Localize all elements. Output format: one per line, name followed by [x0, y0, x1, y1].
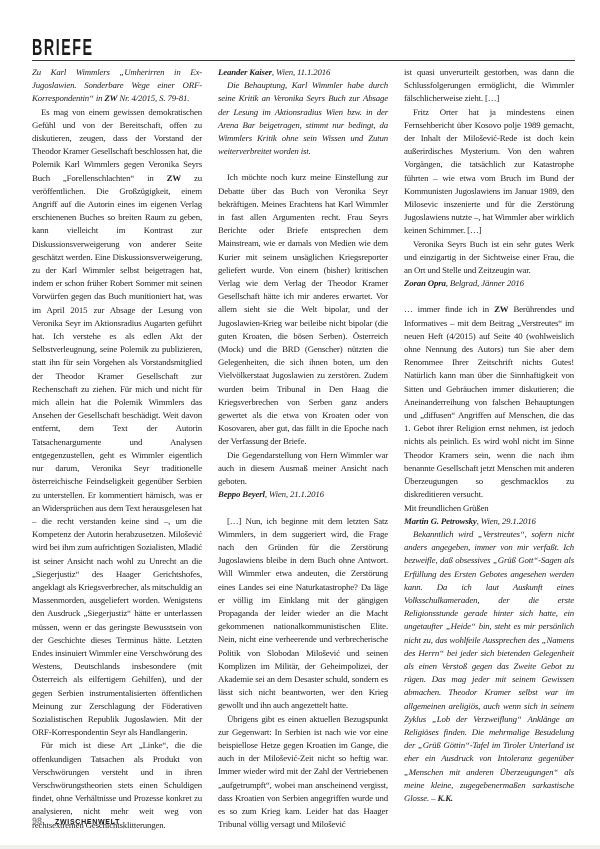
- letter-beyerl-paragraph: Ich möchte noch kurz meine Einstellung z…: [218, 171, 388, 448]
- letter-text: Berührendes und Informatives – mit dem B…: [404, 304, 574, 499]
- letter-petrowsky-paragraph: … immer finde ich in ZW Berührendes und …: [404, 303, 574, 501]
- signature-beyerl: Beppo Beyerl, Wien, 21.1.2016: [218, 488, 388, 501]
- magazine-page: BRIEFE Zu Karl Wimmlers „Umherirren in E…: [0, 0, 600, 849]
- editor-initials: K.K.: [437, 793, 453, 803]
- letter-text: … immer finde ich in: [404, 304, 494, 314]
- letter-opra-paragraph: Fritz Orter hat ja mindestens einen Fern…: [404, 106, 574, 238]
- letter-subject-ref: Nr. 4/2015, S. 79-81.: [117, 93, 189, 103]
- editorial-note: Die Behauptung, Karl Wimmler habe durch …: [218, 79, 388, 158]
- author-place-date: , Wien, 21.1.2016: [265, 489, 324, 499]
- letter-opra-paragraph: Veronika Seyrs Buch ist ein sehr gutes W…: [404, 238, 574, 278]
- letter-closing-formula: Mit freundlichen Grüßen: [404, 502, 574, 515]
- signature-petrowsky: Martin G. Petrowsky, Wien, 29.1.2016: [404, 515, 574, 528]
- header-rule: [32, 60, 575, 61]
- letter-subject: Zu Karl Wimmlers „Umherirren in Ex-Jugos…: [32, 66, 202, 106]
- journal-name: ZWISCHENWELT: [55, 819, 120, 826]
- author-place-date: , Belgrad, Jänner 2016: [446, 278, 524, 288]
- author-name: Leander Kaiser: [218, 67, 272, 77]
- page-footer: 98 ZWISCHENWELT: [32, 816, 120, 826]
- author-name: Martin G. Petrowsky: [404, 516, 477, 526]
- letter-kaiser-paragraph: Es mag von einem gewissen demokratischen…: [32, 106, 202, 740]
- letter-text: zu veröffentlichen. Die Großzügigkeit, e…: [32, 173, 202, 738]
- column-2: Leander Kaiser, Wien, 11.1.2016 Die Beha…: [218, 66, 388, 832]
- signature-opra: Zoran Opra, Belgrad, Jänner 2016: [404, 277, 574, 290]
- author-place-date: , Wien, 11.1.2016: [272, 67, 330, 77]
- letter-beyerl-paragraph: Die Gegendarstellung von Hern Wimmler wa…: [218, 449, 388, 489]
- page-number: 98: [32, 816, 42, 826]
- author-place-date: , Wien, 29.1.2016: [477, 516, 536, 526]
- journal-abbrev: ZW: [104, 93, 117, 103]
- letter-opra-paragraph-continuation: ist quasi unverurteilt gestorben, was da…: [404, 66, 574, 106]
- page-bottom-edge: [0, 845, 600, 849]
- editorial-reply: Bekanntlich wird „Verstreutes“, sofern n…: [404, 528, 574, 805]
- letters-columns: Zu Karl Wimmlers „Umherirren in Ex-Jugos…: [32, 66, 575, 832]
- letter-text: Es mag von einem gewissen demokratischen…: [32, 107, 202, 183]
- letter-opra-paragraph: […] Nun, ich beginne mit dem letzten Sat…: [218, 515, 388, 713]
- author-name: Zoran Opra: [404, 278, 446, 288]
- section-title: BRIEFE: [32, 34, 94, 61]
- editorial-reply-text: Bekanntlich wird „Verstreutes“, sofern n…: [404, 529, 574, 803]
- journal-abbrev: ZW: [494, 304, 508, 314]
- letter-opra-paragraph: Übrigens gibt es einen aktuellen Bezugsp…: [218, 713, 388, 832]
- author-name: Beppo Beyerl: [218, 489, 265, 499]
- column-1: Zu Karl Wimmlers „Umherirren in Ex-Jugos…: [32, 66, 202, 832]
- signature-kaiser: Leander Kaiser, Wien, 11.1.2016: [218, 66, 388, 79]
- journal-abbrev: ZW: [167, 173, 181, 183]
- column-3: ist quasi unverurteilt gestorben, was da…: [404, 66, 574, 832]
- section-header: BRIEFE: [32, 34, 131, 58]
